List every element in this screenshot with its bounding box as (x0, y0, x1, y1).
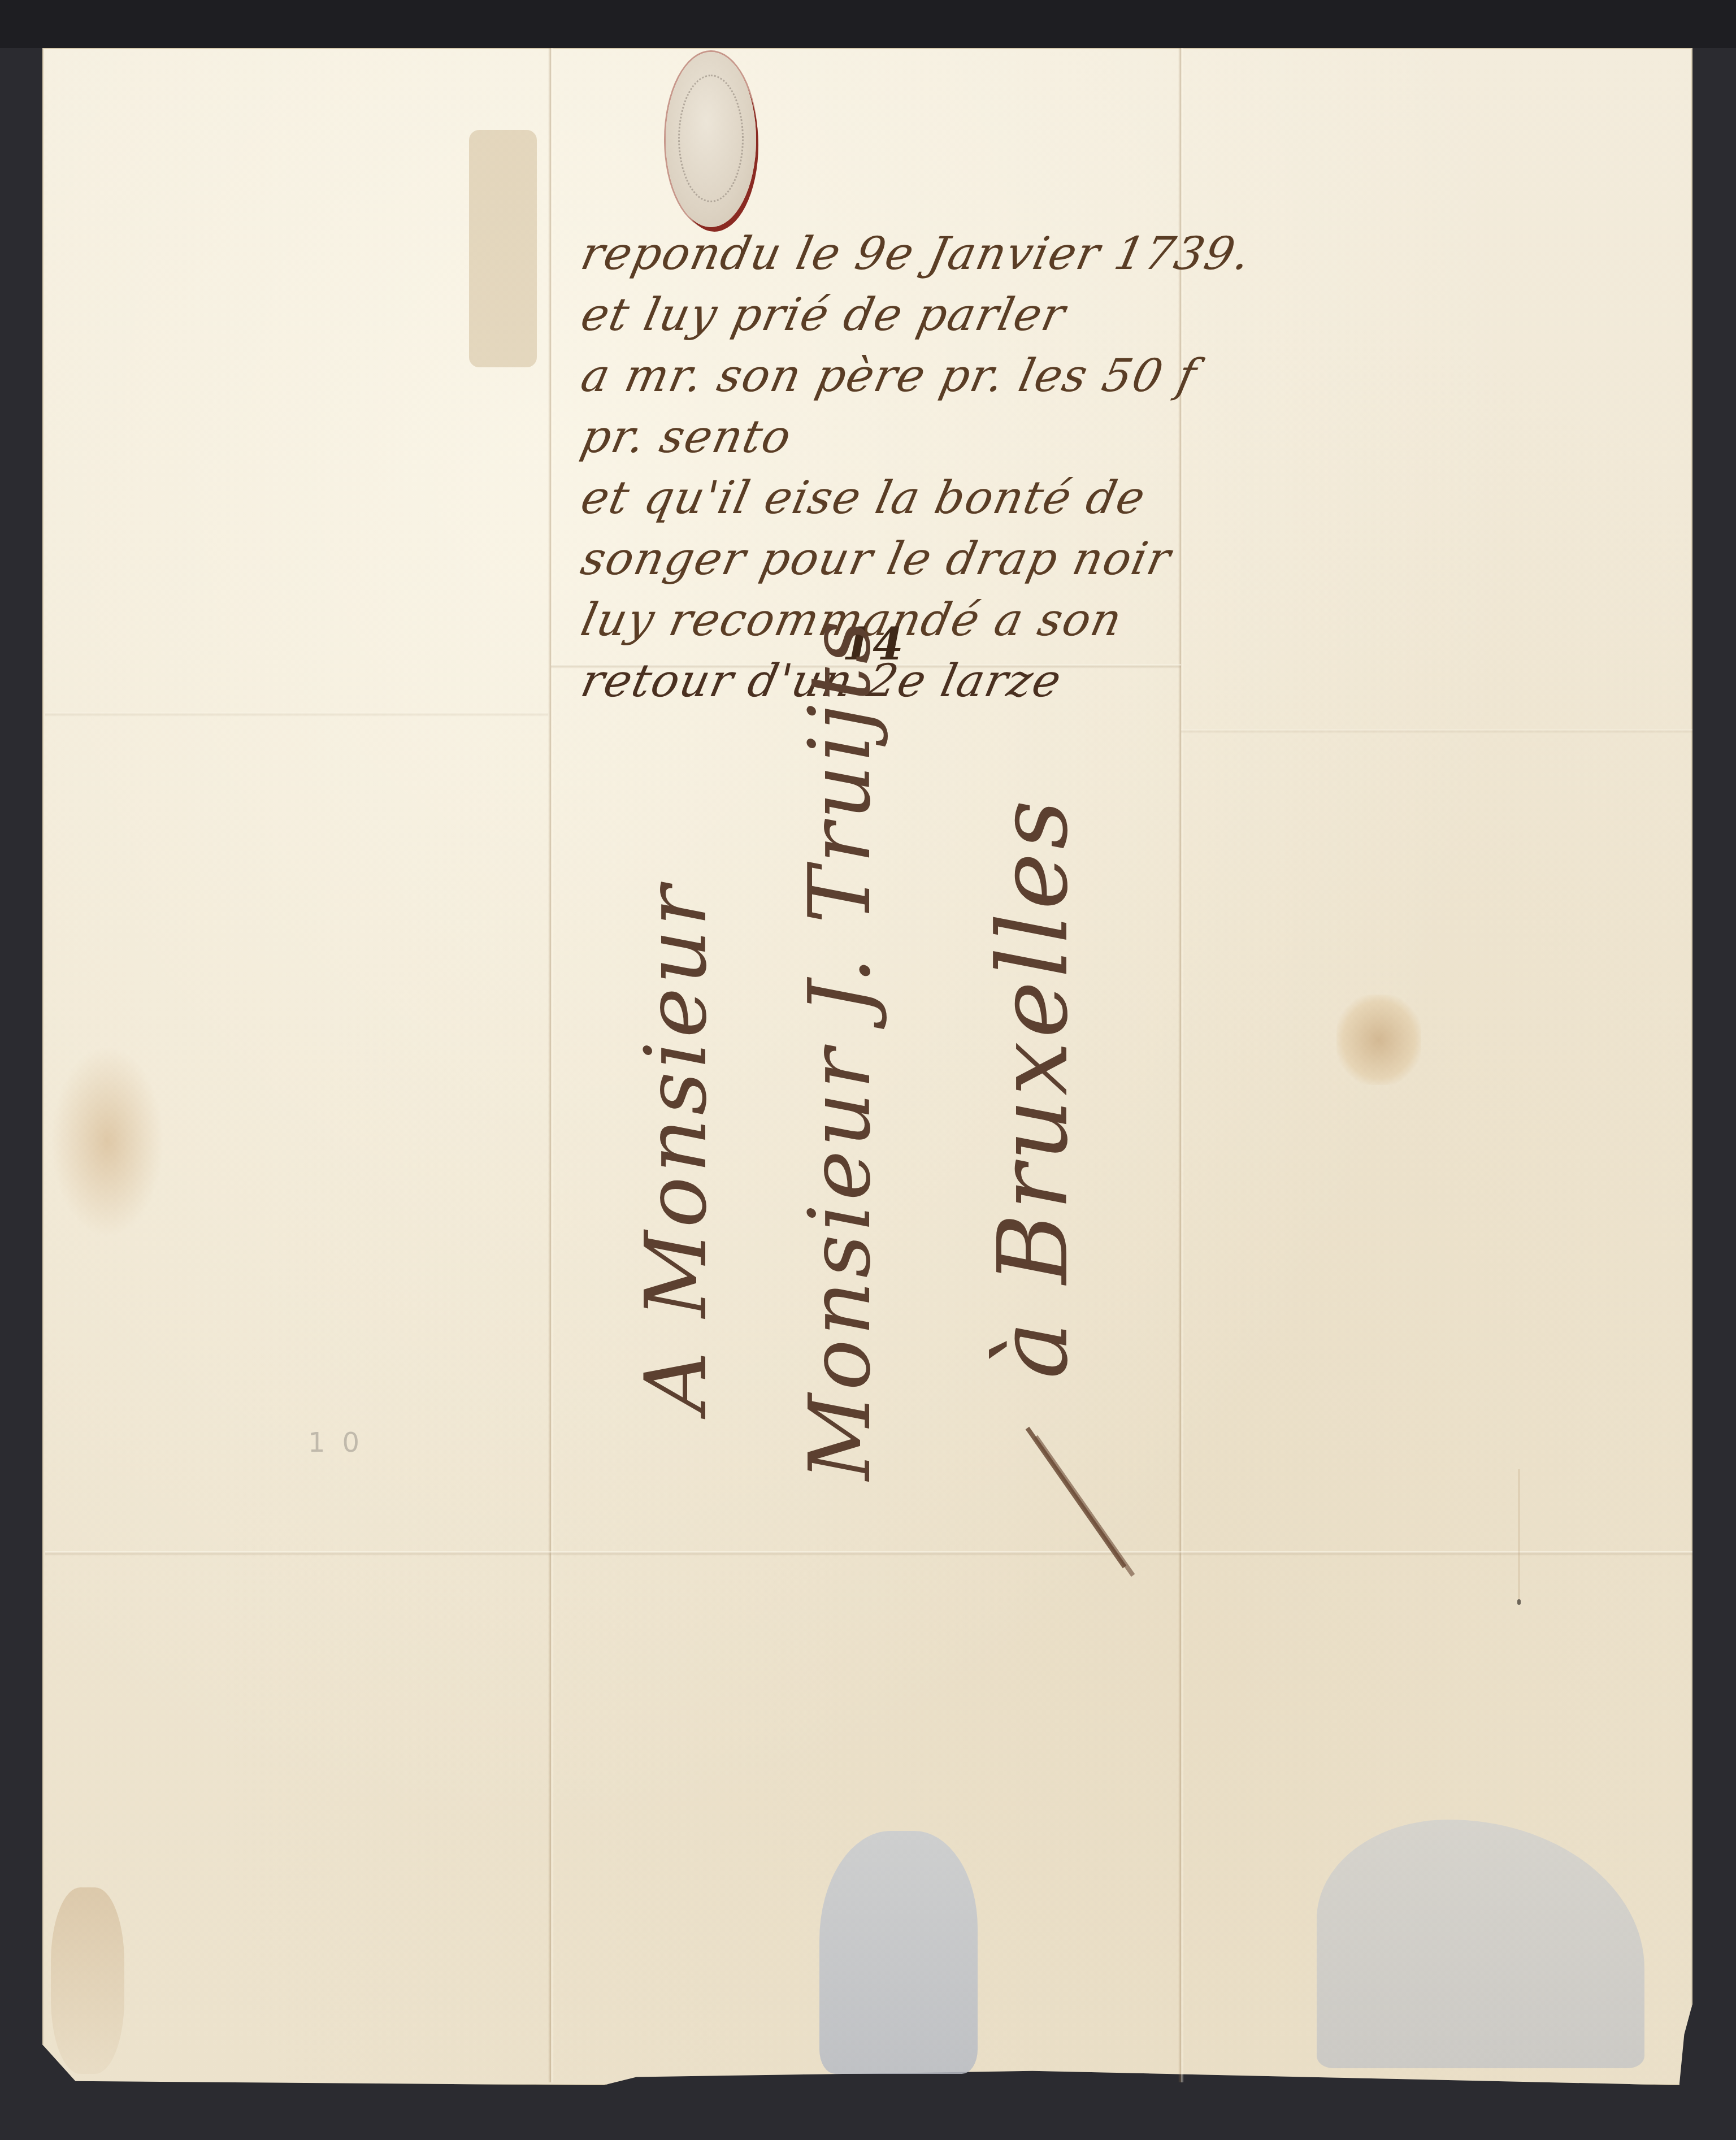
paper-repair-center (819, 1831, 978, 2074)
pencil-note: 10 (308, 1427, 376, 1459)
docket-line-4: pr. sento (576, 406, 1188, 467)
vertical-fold-left (548, 48, 554, 2082)
stain-right-panel (1336, 995, 1421, 1085)
docket-line-3: a mr. son père pr. les 50 f (576, 345, 1188, 406)
scan-background-top (0, 0, 1736, 48)
stain-left-panel (51, 1045, 164, 1238)
crease-mark (1518, 1469, 1520, 1599)
seal-impression (678, 75, 744, 202)
docket-line-1: repondu le 9e Janvier 1739. (576, 223, 1188, 284)
horizontal-fold-left-1 (45, 712, 548, 717)
address-line-3: à Bruxelles (978, 797, 1090, 1379)
horizontal-fold-bottom (45, 1551, 1692, 1556)
docket-line-6: songer pour le drap noir (576, 528, 1188, 589)
docket-line-5: et qu'il eise la bonté de (576, 467, 1188, 528)
water-stain-upper-left (469, 130, 537, 367)
address-line-1: A Monsieur (627, 882, 726, 1413)
docket-line-2: et luy prié de parler (576, 284, 1188, 345)
horizontal-fold-right-1 (1181, 729, 1692, 733)
address-block: A Monsieur Monsieur J. Truijts à Bruxell… (605, 695, 1204, 1514)
wax-seal: wax seal (666, 52, 756, 227)
stain-bottom-left (51, 1887, 124, 2074)
pin-hole (1517, 1599, 1521, 1605)
address-line-2: Monsieur J. Truijts (791, 617, 889, 1481)
